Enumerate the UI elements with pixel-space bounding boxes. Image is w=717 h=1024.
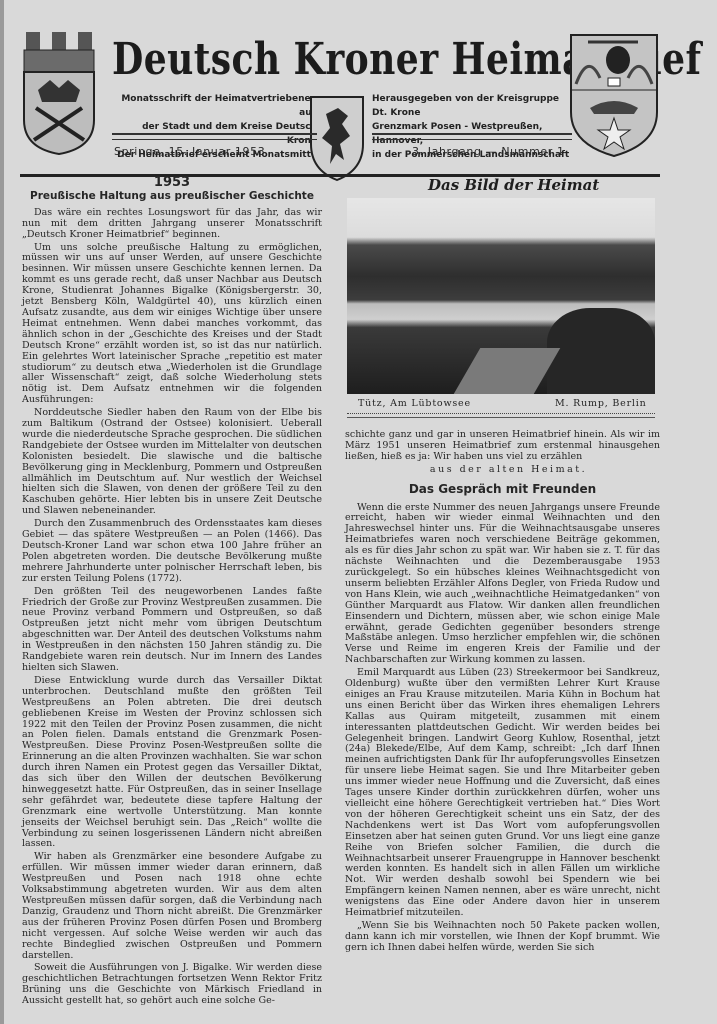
- article-paragraph: Um uns solche preußische Haltung zu ermö…: [22, 243, 322, 407]
- lead-article: 1953 Preußische Haltung aus preußischer …: [22, 178, 322, 1009]
- article-paragraph: Norddeutsche Siedler haben den Raum von …: [22, 408, 322, 517]
- subtitle-line: Herausgegeben von der Kreisgruppe Dt. Kr…: [372, 92, 572, 120]
- issue-date: Springe, 15. Januar 1953: [114, 145, 265, 158]
- issue-number: 3. Jahrgang — Nummer 1: [412, 145, 565, 158]
- subtitle-line: Monatsschrift der Heimatvertriebenen aus: [112, 92, 317, 120]
- article-paragraph: Emil Marquardt aus Lüben (23) Streekermo…: [345, 668, 660, 919]
- photo-credit: M. Rump, Berlin: [555, 398, 647, 409]
- article-paragraph: Das wäre ein rechtes Losungswort für das…: [22, 208, 322, 241]
- section-headline: Das Gespräch mit Freunden: [345, 484, 660, 495]
- article-paragraph: Durch den Zusammenbruch des Ordensstaate…: [22, 519, 322, 584]
- page-edge-shadow: [0, 0, 4, 1024]
- article-paragraph: Wir haben als Grenzmärker eine besondere…: [22, 852, 322, 961]
- article-headline: Preußische Haltung aus preußischer Gesch…: [22, 191, 322, 202]
- caption-divider: [347, 413, 655, 418]
- photo-trees: [547, 308, 655, 394]
- article-paragraph: Wenn die erste Nummer des neuen Jahrgang…: [345, 503, 660, 667]
- masthead-rule-left: [112, 133, 317, 140]
- eagle-star-crest-icon: [568, 32, 660, 157]
- article-paragraph: Diese Entwicklung wurde durch das Versai…: [22, 676, 322, 851]
- continued-text-tail: aus der alten Heimat.: [345, 465, 660, 476]
- right-column: schichte ganz und gar in unseren Heimatb…: [345, 430, 660, 956]
- masthead-rule-right: [372, 133, 572, 140]
- masthead: Deutsch Kroner Heimatbrief Monatsschrift…: [20, 30, 660, 175]
- landscape-photo: [347, 198, 655, 394]
- continued-text: schichte ganz und gar in unseren Heimatb…: [345, 430, 660, 463]
- photo-roof: [454, 348, 561, 394]
- newspaper-title: Deutsch Kroner Heimatbrief: [112, 34, 481, 85]
- article-paragraph: Den größten Teil des neugeworbenen Lande…: [22, 587, 322, 674]
- photo-feature-title: Das Bild der Heimat: [428, 176, 599, 194]
- article-year: 1953: [22, 178, 322, 189]
- castle-crest-icon: [20, 30, 98, 155]
- article-paragraph: Soweit die Ausführungen von J. Bigalke. …: [22, 963, 322, 1007]
- photo-caption: Tütz, Am Lübtowsee: [358, 398, 471, 409]
- article-paragraph: „Wenn Sie bis Weihnachten noch 50 Pakete…: [345, 921, 660, 954]
